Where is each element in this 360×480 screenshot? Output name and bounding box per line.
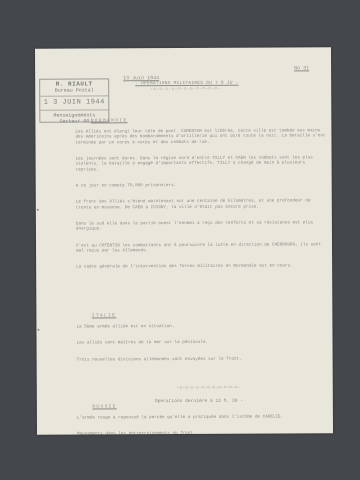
paragraph: A ce jour on compte 79,000 prisonniers. [76,182,328,189]
margin-mark [37,209,39,211]
paragraph: Mouvements dans les entrecroisements du … [77,430,329,437]
stamp-divider [40,95,108,96]
section-italie: ITALIE La 5ème armée alliée est en situa… [76,307,328,373]
section-russie: RUSSIE L'armée rouge a repoussé la percé… [77,398,329,448]
paragraph: Les Alliés ont élargi leur tête de pont.… [75,128,327,146]
end-divider: -=-=-=-=-=-=-=-=-=-=-=- [177,386,240,391]
paragraph: Trois nouvelles divisions allemandes son… [77,356,329,363]
section-heading: ITALIE [92,314,117,319]
section-normandie: NORMANDIE Les Alliés ont élargi leur têt… [75,112,328,281]
paragraph: Le front des Alliés s'étend maintenant s… [76,199,328,211]
paragraph: L'armée rouge a repoussé la percée qu'el… [77,414,329,421]
margin-mark [37,329,39,331]
paragraph: Les alliés sont maîtres de la mer sur la… [77,340,329,347]
paragraph: C'est au COTENTIN les combattants ont à … [76,242,328,254]
paragraph: La cadre générale de l'intervention des … [76,263,328,270]
paragraph: Dans le sud elle dans la partie ouest l'… [76,220,328,232]
section-heading: RUSSIE [92,404,117,409]
title-divider: -=-=-=-=-=-=-=-=-=-=-=- [150,87,220,92]
document-body: NORMANDIE Les Alliés ont élargi leur têt… [75,101,329,458]
paragraph: La 5ème armée alliée est en situation. [76,323,328,330]
closing-line: Opérations dernière à 12 h. 30 - [155,399,243,404]
paragraph: Les journées sont dures. Dans la région … [76,155,328,173]
document-number: No 31 [294,65,309,71]
document-page: R. RIAULT Bureau Postal 1 3 JUIN 1944 Re… [35,47,333,435]
document-title: - OPERATIONS MILITAIRES DU 7 8 JU - [135,81,239,87]
section-heading: NORMANDIE [91,119,128,124]
stamp-sub: Bureau Postal [40,87,108,93]
